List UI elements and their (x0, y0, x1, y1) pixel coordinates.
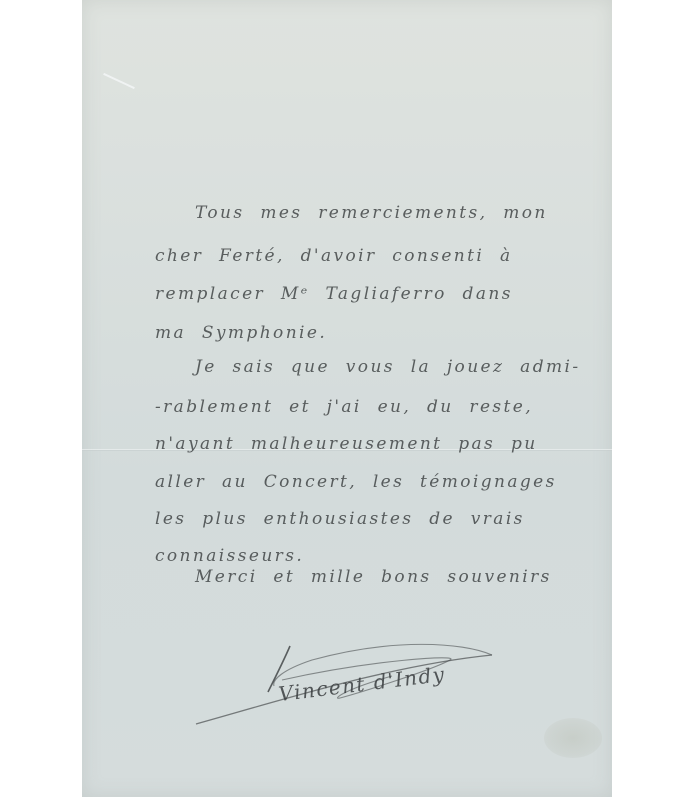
letter-line-9: les plus enthousiastes de vrais (155, 509, 525, 529)
letter-line-7: n'ayant malheureusement pas pu (155, 434, 538, 454)
letter-line-5: Je sais que vous la jouez admi- (195, 357, 581, 377)
letter-line-1: Tous mes remerciements, mon (195, 203, 548, 223)
letter-closing-line: Merci et mille bons souvenirs (195, 567, 552, 587)
letter-paper: Tous mes remerciements, mon cher Ferté, … (82, 0, 612, 797)
paper-crease-mark (103, 73, 135, 89)
letter-line-10: connaisseurs. (155, 546, 304, 566)
letter-line-6: -rablement et j'ai eu, du reste, (155, 397, 533, 417)
letter-line-4: ma Symphonie. (155, 323, 327, 343)
letter-line-8: aller au Concert, les témoignages (155, 472, 557, 492)
signature: Vincent d'Indy (192, 620, 512, 730)
letter-line-2: cher Ferté, d'avoir consenti à (155, 246, 513, 266)
paper-stain (544, 718, 602, 758)
letter-line-3: remplacer Mᵉ Tagliaferro dans (155, 284, 513, 304)
